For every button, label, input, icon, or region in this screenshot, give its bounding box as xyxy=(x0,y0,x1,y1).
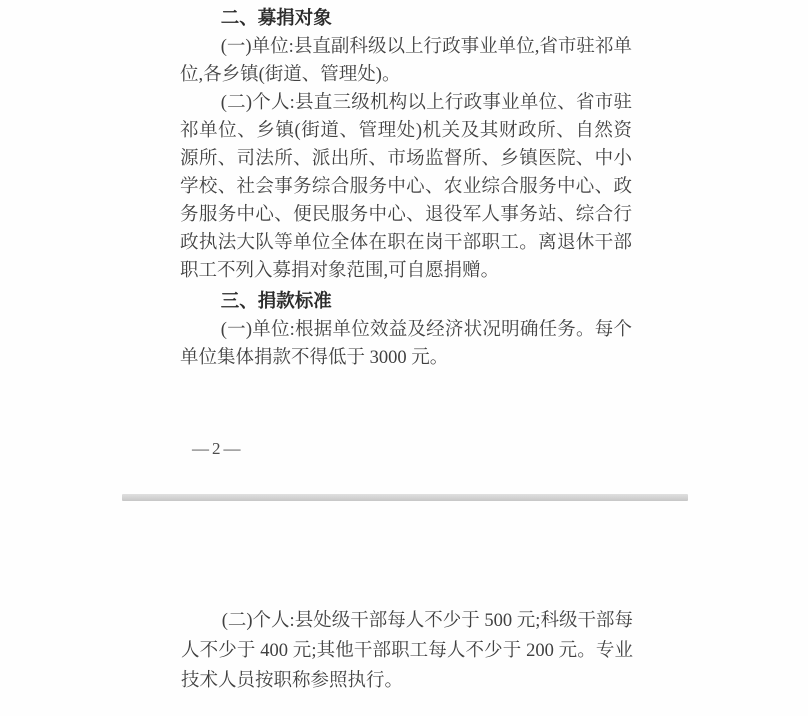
page-number: —2— xyxy=(192,439,244,459)
paragraph-individual-standard: (二)个人:县处级干部每人不少于 500 元;科级干部每人不少于 400 元;其… xyxy=(181,606,633,696)
page-separator-bar xyxy=(122,494,688,501)
paragraph-unit-targets: (一)单位:县直副科级以上行政事业单位,省市驻祁单位,各乡镇(街道、管理处)。 xyxy=(180,33,632,89)
section-heading-fundraising-targets: 二、募捐对象 xyxy=(180,5,632,33)
page2-text-block: 二、募捐对象 (一)单位:县直副科级以上行政事业单位,省市驻祁单位,各乡镇(街道… xyxy=(180,5,632,372)
scanned-document-page: 二、募捐对象 (一)单位:县直副科级以上行政事业单位,省市驻祁单位,各乡镇(街道… xyxy=(0,0,808,716)
page3-text-block: (二)个人:县处级干部每人不少于 500 元;科级干部每人不少于 400 元;其… xyxy=(181,606,633,696)
section-heading-donation-standards: 三、捐款标准 xyxy=(180,288,632,316)
paragraph-individual-targets: (二)个人:县直三级机构以上行政事业单位、省市驻祁单位、乡镇(街道、管理处)机关… xyxy=(180,89,632,285)
paragraph-unit-standard: (一)单位:根据单位效益及经济状况明确任务。每个单位集体捐款不得低于 3000 … xyxy=(180,316,632,372)
